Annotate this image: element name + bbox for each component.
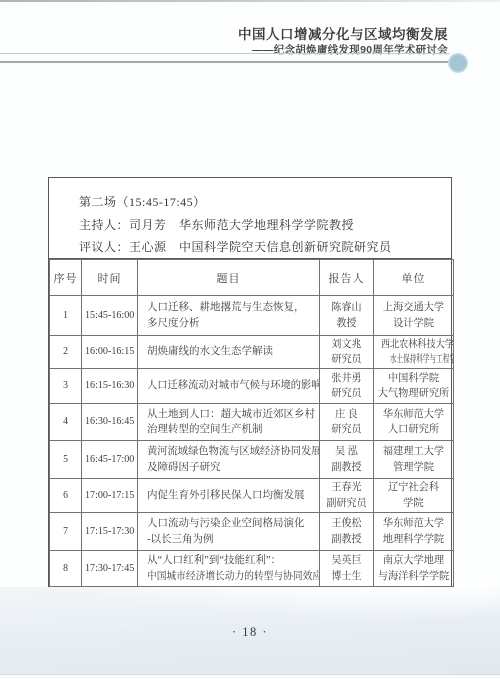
table-row: 617:00-17:15内促生育外引移民保人口均衡发展王春光副研究员辽宁社会科学…	[50, 479, 454, 513]
table-row: 316:15-16:30人口迁移流动对城市气候与环境的影响张井勇研究员中国科学院…	[50, 369, 454, 404]
cell-affiliation: 上海交通大学设计学院	[374, 296, 454, 336]
cell-no: 3	[50, 369, 82, 404]
cell-no: 2	[50, 336, 82, 369]
cell-speaker: 庄 良研究员	[320, 404, 374, 441]
cell-no: 4	[50, 404, 82, 441]
cell-speaker: 王俊松副教授	[320, 513, 374, 551]
session-title: 第二场（15:45-17:45）	[79, 191, 443, 214]
table-header-row: 序号 时间 题目 报告人 单位	[50, 260, 454, 296]
cell-no: 7	[50, 513, 82, 551]
header-rule-top	[0, 53, 450, 54]
cell-speaker: 刘文兆研究员	[320, 336, 374, 369]
cell-time: 15:45-16:00	[82, 296, 138, 336]
cell-time: 16:45-17:00	[82, 441, 138, 479]
session-host: 主持人：司月芳 华东师范大学地理科学学院教授	[79, 214, 443, 237]
cell-time: 17:15-17:30	[82, 513, 138, 551]
cell-speaker: 吴 泓副教授	[320, 441, 374, 479]
cell-speaker: 吴英巨博士生	[320, 551, 374, 587]
cell-title: 黄河流域绿色物流与区域经济协同发展及障碍因子研究	[138, 441, 320, 479]
column-header-speaker: 报告人	[320, 260, 374, 296]
column-header-affiliation: 单位	[374, 260, 454, 296]
page-bottom-edge	[0, 674, 500, 679]
cell-no: 6	[50, 479, 82, 513]
cell-time: 16:15-16:30	[82, 369, 138, 404]
cell-title: 内促生育外引移民保人口均衡发展	[138, 479, 320, 513]
column-header-title: 题目	[138, 260, 320, 296]
cell-time: 17:30-17:45	[82, 551, 138, 587]
header-rule-bottom	[0, 61, 450, 63]
cell-title: 从土地到人口：超大城市近郊区乡村治理转型的空间生产机制	[138, 404, 320, 441]
session-reviewer: 评议人：王心源 中国科学院空天信息创新研究院研究员	[79, 236, 443, 259]
table-row: 115:45-16:00人口迁移、耕地撂荒与生态恢复，多尺度分析陈睿山教授上海交…	[50, 296, 454, 336]
cell-affiliation: 福建理工大学管理学院	[374, 441, 454, 479]
program-table: 序号 时间 题目 报告人 单位 115:45-16:00人口迁移、耕地撂荒与生态…	[49, 259, 454, 587]
cell-no: 8	[50, 551, 82, 587]
cell-time: 16:00-16:15	[82, 336, 138, 369]
page-title: 中国人口增减分化与区域均衡发展	[238, 23, 448, 43]
page-subtitle: ——纪念胡焕庸线发现90周年学术研讨会	[252, 42, 448, 57]
column-header-time: 时间	[82, 260, 138, 296]
cell-title: 胡焕庸线的水文生态学解读	[138, 336, 320, 369]
cell-affiliation: 西北农林科技大学水土保持科学与工程学院	[374, 336, 454, 369]
table-row: 516:45-17:00黄河流域绿色物流与区域经济协同发展及障碍因子研究吴 泓副…	[50, 441, 454, 479]
table-row: 717:15-17:30人口流动与污染企业空间格局演化-以长三角为例王俊松副教授…	[50, 513, 454, 551]
cell-affiliation: 华东师范大学人口研究所	[374, 404, 454, 441]
cell-no: 1	[50, 296, 82, 336]
cell-title: 从“人口红利”到“技能红利”：中国城市经济增长动力的转型与协同效应	[138, 551, 320, 587]
program-card: 第二场（15:45-17:45） 主持人：司月芳 华东师范大学地理科学学院教授 …	[48, 177, 452, 588]
session-info: 第二场（15:45-17:45） 主持人：司月芳 华东师范大学地理科学学院教授 …	[49, 178, 451, 259]
table-row: 216:00-16:15胡焕庸线的水文生态学解读刘文兆研究员西北农林科技大学水土…	[50, 336, 454, 369]
program-table-body: 115:45-16:00人口迁移、耕地撂荒与生态恢复，多尺度分析陈睿山教授上海交…	[50, 296, 454, 587]
cell-affiliation: 华东师范大学地理科学学院	[374, 513, 454, 551]
cell-title: 人口流动与污染企业空间格局演化-以长三角为例	[138, 513, 320, 551]
cell-affiliation: 南京大学地理与海洋科学学院	[374, 551, 454, 587]
page: 中国人口增减分化与区域均衡发展 ——纪念胡焕庸线发现90周年学术研讨会 第二场（…	[0, 0, 500, 679]
cell-no: 5	[50, 441, 82, 479]
cell-speaker: 陈睿山教授	[320, 296, 374, 336]
cell-affiliation: 辽宁社会科学院	[374, 479, 454, 513]
table-row: 416:30-16:45从土地到人口：超大城市近郊区乡村治理转型的空间生产机制庄…	[50, 404, 454, 441]
table-row: 817:30-17:45从“人口红利”到“技能红利”：中国城市经济增长动力的转型…	[50, 551, 454, 587]
page-top-edge	[0, 0, 500, 2]
header-circle-icon	[448, 53, 468, 73]
cell-time: 17:00-17:15	[82, 479, 138, 513]
cell-speaker: 王春光副研究员	[320, 479, 374, 513]
cell-title: 人口迁移流动对城市气候与环境的影响	[138, 369, 320, 404]
cell-speaker: 张井勇研究员	[320, 369, 374, 404]
cell-title: 人口迁移、耕地撂荒与生态恢复，多尺度分析	[138, 296, 320, 336]
cell-affiliation: 中国科学院大气物理研究所	[374, 369, 454, 404]
cell-time: 16:30-16:45	[82, 404, 138, 441]
page-number: · 18 ·	[0, 625, 500, 640]
column-header-no: 序号	[50, 260, 82, 296]
